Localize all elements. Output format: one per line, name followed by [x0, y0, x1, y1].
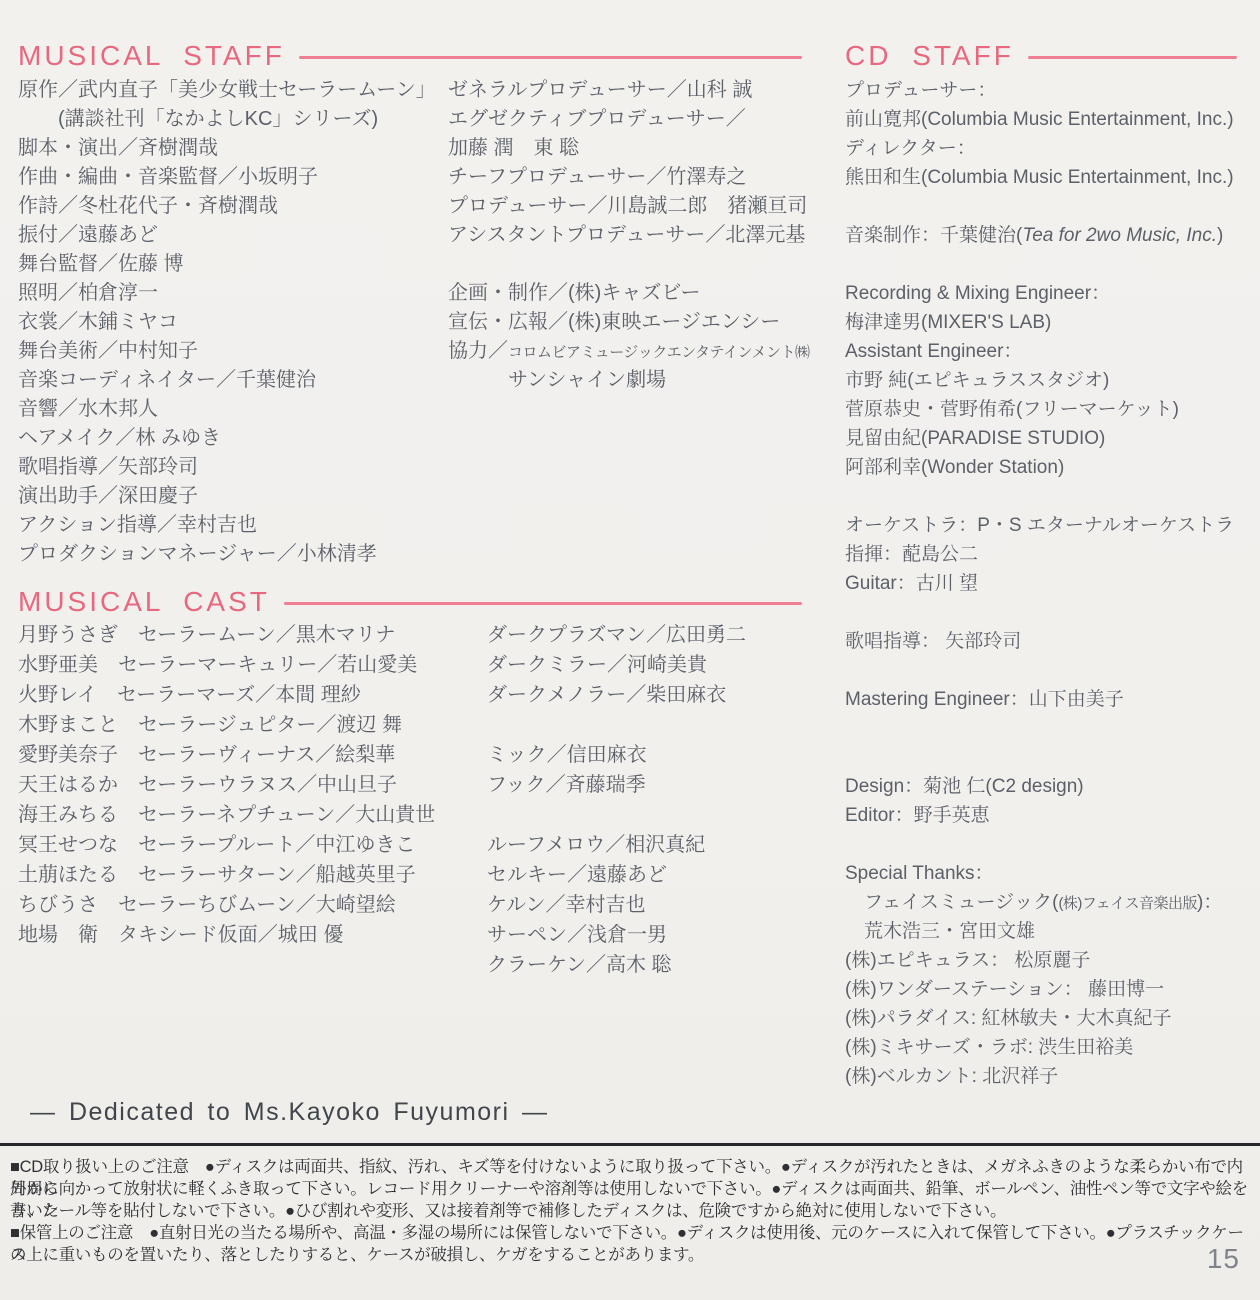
credit-line: Recording & Mixing Engineer：	[845, 279, 1234, 308]
pink-rule	[1028, 56, 1237, 59]
credit-line: 原作／武内直子「美少女戦士セーラームーン」	[18, 76, 436, 105]
credit-line-segment: (株)フェイス音楽出版	[1058, 895, 1197, 912]
credit-line: 音楽制作：千葉健治(Tea for 2wo Music, Inc.)	[845, 221, 1234, 250]
credit-line-segment: )	[1217, 225, 1223, 246]
section-heading-musical-cast: MUSICAL CAST	[18, 586, 802, 618]
credit-line: 熊田和生(Columbia Music Entertainment, Inc.)	[845, 163, 1234, 192]
credit-line: (株)ワンダーステーション： 藤田博一	[845, 975, 1234, 1004]
credit-line: 舞台監督／佐藤 博	[18, 250, 436, 279]
cd-staff-credits: プロデューサー：前山寛邦(Columbia Music Entertainmen…	[845, 76, 1234, 1091]
credit-line: 指揮：蓜島公二	[845, 540, 1234, 569]
credit-line: 愛野美奈子 セーラーヴィーナス／絵梨華	[18, 740, 435, 770]
credit-line	[448, 250, 810, 279]
credit-line: 衣裳／木鋪ミヤコ	[18, 308, 436, 337]
credit-line: 天王はるか セーラーウラヌス／中山旦子	[18, 770, 435, 800]
credit-line: Assistant Engineer：	[845, 337, 1234, 366]
credit-line	[487, 710, 746, 740]
credit-line: 見留由紀(PARADISE STUDIO)	[845, 424, 1234, 453]
credit-line: 土萠ほたる セーラーサターン／船越英里子	[18, 860, 435, 890]
credit-line	[845, 743, 1234, 772]
credit-line: 前山寛邦(Columbia Music Entertainment, Inc.)	[845, 105, 1234, 134]
credit-line: ケルン／幸村吉也	[487, 890, 746, 920]
credit-line: 外周に向かって放射状に軽くふき取って下さい。レコード用クリーナーや溶剤等は使用し…	[10, 1178, 1256, 1200]
credit-line: 菅原恭史・菅野侑希(フリーマーケット)	[845, 395, 1234, 424]
credit-line	[845, 250, 1234, 279]
credit-line: アシスタントプロデューサー／北澤元基	[448, 221, 810, 250]
credit-line	[845, 656, 1234, 685]
credit-line: ■保管上のご注意 ●直射日光の当たる場所や、高温・多湿の場所には保管しないで下さ…	[10, 1222, 1256, 1244]
credit-line: ルーフメロウ／相沢真紀	[487, 830, 746, 860]
credit-line-segment: 協力／	[448, 340, 508, 362]
credit-line: 振付／遠藤あど	[18, 221, 436, 250]
handling-notice: ■CD取り扱い上のご注意 ●ディスクは両面共、指紋、汚れ、キズ等を付けないように…	[10, 1156, 1256, 1266]
credit-line: 荒木浩三・宮田文雄	[845, 917, 1234, 946]
credit-line: 水野亜美 セーラーマーキュリー／若山愛美	[18, 650, 435, 680]
credit-line: ちびうさ セーラーちびムーン／大崎望絵	[18, 890, 435, 920]
credit-line: Special Thanks：	[845, 859, 1234, 888]
credit-line: プロデューサー／川島誠二郎 猪瀬亘司	[448, 192, 810, 221]
credit-line: 作詩／冬杜花代子・斉樹潤哉	[18, 192, 436, 221]
credit-line: 梅津達男(MIXER'S LAB)	[845, 308, 1234, 337]
musical-cast-credits-column2: ダークプラズマン／広田勇二ダークミラー／河崎美貴ダークメノラー／柴田麻衣 ミック…	[487, 620, 746, 980]
credit-line-segment: Tea for 2wo Music, Inc.	[1022, 225, 1217, 246]
credit-line: フェイスミュージック((株)フェイス音楽出版)：	[845, 888, 1234, 917]
credit-line-segment: フェイスミュージック(	[845, 892, 1058, 913]
credit-line: プロダクションマネージャー／小林清孝	[18, 540, 436, 569]
musical-staff-credits: 原作／武内直子「美少女戦士セーラームーン」 (講談社刊「なかよしKC」シリーズ)…	[18, 76, 436, 569]
credit-line: 火野レイ セーラーマーズ／本間 理紗	[18, 680, 435, 710]
pink-rule	[299, 56, 802, 59]
credit-line: クラーケン／高木 聡	[487, 950, 746, 980]
credit-line: 企画・制作／(株)キャズビー	[448, 279, 810, 308]
credit-line: (株)ミキサーズ・ラボ: 渋生田裕美	[845, 1033, 1234, 1062]
credit-line-segment: コロムビアミュージックエンタテインメント㈱	[508, 344, 810, 361]
musical-staff-title: MUSICAL STAFF	[18, 40, 285, 72]
credit-line: Mastering Engineer：山下由美子	[845, 685, 1234, 714]
page-number: 15	[1207, 1243, 1240, 1275]
credit-line: 木野まこと セーラージュピター／渡辺 舞	[18, 710, 435, 740]
credit-line: Editor：野手英恵	[845, 801, 1234, 830]
dedication-text: — Dedicated to Ms.Kayoko Fuyumori —	[30, 1098, 549, 1127]
credit-line: 歌唱指導： 矢部玲司	[845, 627, 1234, 656]
credit-line	[845, 482, 1234, 511]
credit-line: (株)ベルカント: 北沢祥子	[845, 1062, 1234, 1091]
musical-cast-credits: 月野うさぎ セーラームーン／黒木マリナ水野亜美 セーラーマーキュリー／若山愛美火…	[18, 620, 435, 950]
credit-line: サンシャイン劇場	[448, 366, 810, 395]
credit-line: 地場 衛 タキシード仮面／城田 優	[18, 920, 435, 950]
credit-line: ダークプラズマン／広田勇二	[487, 620, 746, 650]
credit-line: ■CD取り扱い上のご注意 ●ディスクは両面共、指紋、汚れ、キズ等を付けないように…	[10, 1156, 1256, 1178]
credit-line: 照明／柏倉淳一	[18, 279, 436, 308]
credit-line: セルキー／遠藤あど	[487, 860, 746, 890]
credit-line: 作曲・編曲・音楽監督／小坂明子	[18, 163, 436, 192]
credit-line	[845, 598, 1234, 627]
pink-rule	[284, 602, 802, 605]
credit-line: 舞台美術／中村知子	[18, 337, 436, 366]
credit-line: 協力／コロムビアミュージックエンタテインメント㈱	[448, 337, 810, 366]
credit-line: 演出助手／深田慶子	[18, 482, 436, 511]
credit-line: 歌唱指導／矢部玲司	[18, 453, 436, 482]
credit-line: サーペン／浅倉一男	[487, 920, 746, 950]
credit-line: 海王みちる セーラーネプチューン／大山貴世	[18, 800, 435, 830]
credit-line: の上に重いものを置いたり、落としたりすると、ケースが破損し、ケガをすることがあり…	[10, 1244, 1256, 1266]
credit-line: ゼネラルプロデューサー／山科 誠	[448, 76, 810, 105]
credit-line: オーケストラ：P・S エターナルオーケストラ	[845, 511, 1234, 540]
credit-line: ミック／信田麻衣	[487, 740, 746, 770]
cd-staff-title: CD STAFF	[845, 40, 1014, 72]
credit-line: ヘアメイク／林 みゆき	[18, 424, 436, 453]
musical-cast-title: MUSICAL CAST	[18, 586, 270, 618]
credit-line: 阿部利幸(Wonder Station)	[845, 453, 1234, 482]
credit-line: ダークメノラー／柴田麻衣	[487, 680, 746, 710]
credit-line	[845, 192, 1234, 221]
credit-line: (株)エピキュラス： 松原麗子	[845, 946, 1234, 975]
credit-line: (株)パラダイス: 紅林敏夫・大木真紀子	[845, 1004, 1234, 1033]
credit-line: 音響／水木邦人	[18, 395, 436, 424]
credit-line-segment: 音楽制作：千葉健治(	[845, 225, 1022, 246]
credit-line-segment: )：	[1197, 892, 1222, 913]
credit-line	[845, 830, 1234, 859]
credit-line: (講談社刊「なかよしKC」シリーズ)	[18, 105, 436, 134]
credit-line	[845, 714, 1234, 743]
credit-line: り、シール等を貼付しないで下さい。●ひび割れや変形、又は接着剤等で補修したディス…	[10, 1200, 1256, 1222]
credit-line: 市野 純(エピキュラススタジオ)	[845, 366, 1234, 395]
credit-line: エグゼクティブプロデューサー／	[448, 105, 810, 134]
credit-line	[487, 800, 746, 830]
credit-line: プロデューサー：	[845, 76, 1234, 105]
credit-line: 宣伝・広報／(株)東映エージエンシー	[448, 308, 810, 337]
credit-line: 冥王せつな セーラープルート／中江ゆきこ	[18, 830, 435, 860]
section-heading-cd-staff: CD STAFF	[845, 40, 1237, 72]
credit-line: ディレクター：	[845, 134, 1234, 163]
horizontal-divider	[0, 1143, 1260, 1146]
credit-line: Guitar：古川 望	[845, 569, 1234, 598]
credit-line: 音楽コーディネイター／千葉健治	[18, 366, 436, 395]
credit-line: アクション指導／幸村吉也	[18, 511, 436, 540]
booklet-page: MUSICAL STAFF 原作／武内直子「美少女戦士セーラームーン」 (講談社…	[0, 0, 1260, 1300]
credit-line: フック／斉藤瑞季	[487, 770, 746, 800]
credit-line: Design：菊池 仁(C2 design)	[845, 772, 1234, 801]
credit-line: 月野うさぎ セーラームーン／黒木マリナ	[18, 620, 435, 650]
credit-line: 加藤 潤 東 聡	[448, 134, 810, 163]
producers-credits: ゼネラルプロデューサー／山科 誠エグゼクティブプロデューサー／加藤 潤 東 聡チ…	[448, 76, 810, 395]
section-heading-musical-staff: MUSICAL STAFF	[18, 40, 802, 72]
credit-line: ダークミラー／河崎美貴	[487, 650, 746, 680]
credit-line: チーフプロデューサー／竹澤寿之	[448, 163, 810, 192]
credit-line: 脚本・演出／斉樹潤哉	[18, 134, 436, 163]
